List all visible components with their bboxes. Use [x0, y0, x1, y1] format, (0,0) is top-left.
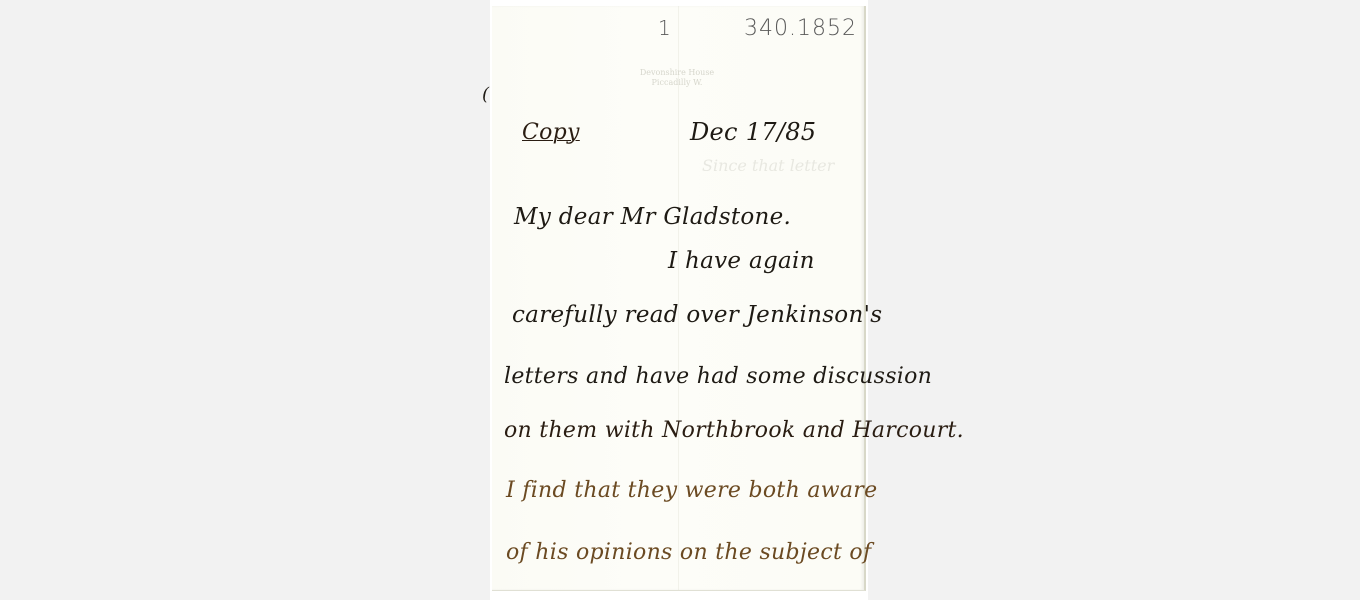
body-line-6: of his opinions on the subject of [506, 540, 871, 565]
body-line-2: carefully read over Jenkinson's [512, 302, 882, 328]
body-line-5: I find that they were both aware [506, 478, 877, 503]
body-line-4: on them with Northbrook and Harcourt. [504, 418, 964, 443]
margin-mark: ( [482, 84, 489, 105]
letter-date: Dec 17/85 [690, 118, 816, 146]
page-number: 1 [658, 16, 671, 40]
letter-page: 1 340.1852 Devonshire House Piccadilly W… [492, 6, 866, 591]
copy-label: Copy [522, 120, 580, 145]
letterhead-line-2: Piccadilly W. [612, 78, 742, 88]
scan-frame: 1 340.1852 Devonshire House Piccadilly W… [490, 0, 868, 600]
body-line-1: I have again [668, 248, 815, 274]
bleed-through-text: Since that letter [702, 156, 834, 175]
viewer-stage: 1 340.1852 Devonshire House Piccadilly W… [0, 0, 1360, 600]
body-line-3: letters and have had some discussion [504, 364, 932, 389]
salutation: My dear Mr Gladstone. [514, 204, 791, 230]
archive-reference: 340.1852 [744, 16, 857, 41]
embossed-letterhead: Devonshire House Piccadilly W. [612, 68, 742, 88]
letterhead-line-1: Devonshire House [612, 68, 742, 78]
